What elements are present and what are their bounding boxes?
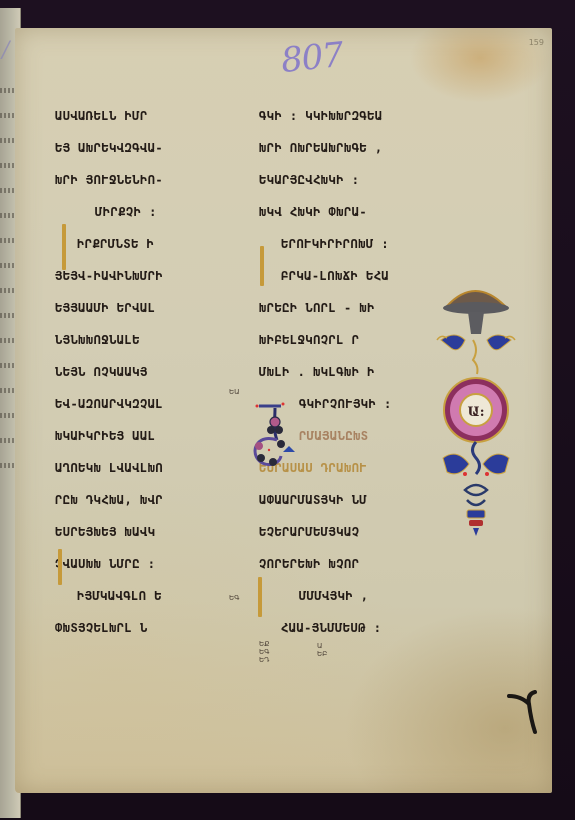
text-line: ԻՅՄԿԱՎԳԼՈ Ե (55, 580, 245, 612)
text-line: ԽԿՎ ՀԽԿԻ ՓԽՐԱ- (259, 196, 449, 228)
ink-stroke-mark (505, 690, 545, 738)
text-line: ՆՅՆԽԽՈՋՆԱԼԵ (55, 324, 245, 356)
text-line: ՐԸԽ ԴԿՀԽԱ, ԽՎՐ (55, 484, 245, 516)
text-line: ԱՍՎԱՌԵԼՆ ԻՄՐ (55, 100, 245, 132)
marginal-note: ԵԳ (259, 648, 269, 656)
text-line: ԻՐՔՐՄՆՏԵ Ի (55, 228, 245, 260)
text-line: ՀԱԱ-ՅՆՄՄԵՍԹ : (259, 612, 449, 644)
gold-initial-bar (58, 549, 62, 585)
text-line: ՓԽՏՅՉԵԼԽՐԼ Ն (55, 612, 245, 644)
corner-mark: 159 (529, 38, 544, 47)
folio-number: 807 (279, 35, 345, 81)
manuscript-folio: 807 159 ԱՍՎԱՌԵԼՆ ԻՄՐ ԵՅ ԱԽՐԵԿՎԶԳՎԱ- ԽՐԻ … (15, 28, 552, 793)
text-line: ԽԿԱԻԿՐԻԵՅ ԱԱԼ (55, 420, 245, 452)
underlying-folio-mark: / (2, 38, 9, 63)
illuminated-initial-icon (251, 400, 303, 472)
marginal-note: ԵԱ (229, 388, 240, 396)
text-line: ԱՂՈԵԿԽ ԼՎԱՎԼԽՈ (55, 452, 245, 484)
text-line: ԱՓԱԱՐՄԱՏՅԿԻ ՆՄ (259, 484, 449, 516)
gold-initial-bar (260, 246, 264, 286)
text-line: ԳԿԻ : ԿԿԻԽԽՐԶԳԵԱ (259, 100, 449, 132)
text-line: ՄԻՐՔՉԻ : (55, 196, 245, 228)
text-line: ԽՐԻ ՅՈՒՋՆԵՆԻՈ- (55, 164, 245, 196)
text-line: ԵՉԵՐԱՐՄԵՄՅԿԱՉ (259, 516, 449, 548)
text-line: ԵՍՐԵՅԽԵՅ ԽԱՎԿ (55, 516, 245, 548)
text-line: ԵՅՅԱԱՄԻ ԵՐՎԱԼ (55, 292, 245, 324)
text-line: ՄՄՄՎՅԿԻ , (259, 580, 449, 612)
marginal-note: ԵԲ (317, 650, 327, 658)
text-line: ՅԵՅՎ-ԻԱՎԻՆԽՄՐԻ (55, 260, 245, 292)
right-text-column: ԳԿԻ : ԿԿԻԽԽՐԶԳԵԱ ԽՐԻ ՈԽՐԵԱԽՐԽԳԵ , ԵԿԱՐՅԸ… (259, 100, 449, 644)
marginal-note: ԵՔ (259, 640, 269, 648)
text-line: ԵՎ-ԱԶՈԱՐՎԿԶՉԱԼ (55, 388, 245, 420)
text-line: ԵՐՈՒԿԻՐԻՐՈԽՄ : (259, 228, 449, 260)
marginal-ornament-icon: Ա: (435, 278, 517, 540)
text-line: ՄԽԼԻ . ԽԿԼԳԽԻ Ի (259, 356, 449, 388)
text-line: ՆԵՅՆ ՈՉԿԱԱԿՅ (55, 356, 245, 388)
text-line: ԽԻԲԵԼՋԿՈՉՐԼ Ր (259, 324, 449, 356)
gold-initial-bar (258, 577, 262, 617)
text-line: ԵՅ ԱԽՐԵԿՎԶԳՎԱ- (55, 132, 245, 164)
text-line: ԵԿԱՐՅԸՎՀԽԿԻ : (259, 164, 449, 196)
marginal-note: ԵԳ (229, 594, 239, 602)
text-line: ԽՐԵԸԻ ՆՈՐԼ - ԽԻ (259, 292, 449, 324)
gold-initial-bar (62, 224, 66, 270)
left-text-column: ԱՍՎԱՌԵԼՆ ԻՄՐ ԵՅ ԱԽՐԵԿՎԶԳՎԱ- ԽՐԻ ՅՈՒՋՆԵՆԻ… (55, 100, 245, 644)
marginal-note: Ա (317, 642, 322, 650)
text-line: ՉՈՐԵՐԵԽԻ ԽՉՈՐ (259, 548, 449, 580)
text-line: ԲՐԿԱ-ԼՈԽՃԻ ԵՀԱ (259, 260, 449, 292)
text-line: ՉՎԱՍԽԽ ՆՄՐԸ : (55, 548, 245, 580)
svg-text:Ա:: Ա: (467, 405, 484, 420)
text-line: ԽՐԻ ՈԽՐԵԱԽՐԽԳԵ , (259, 132, 449, 164)
marginal-note: ԵԴ (259, 656, 269, 664)
